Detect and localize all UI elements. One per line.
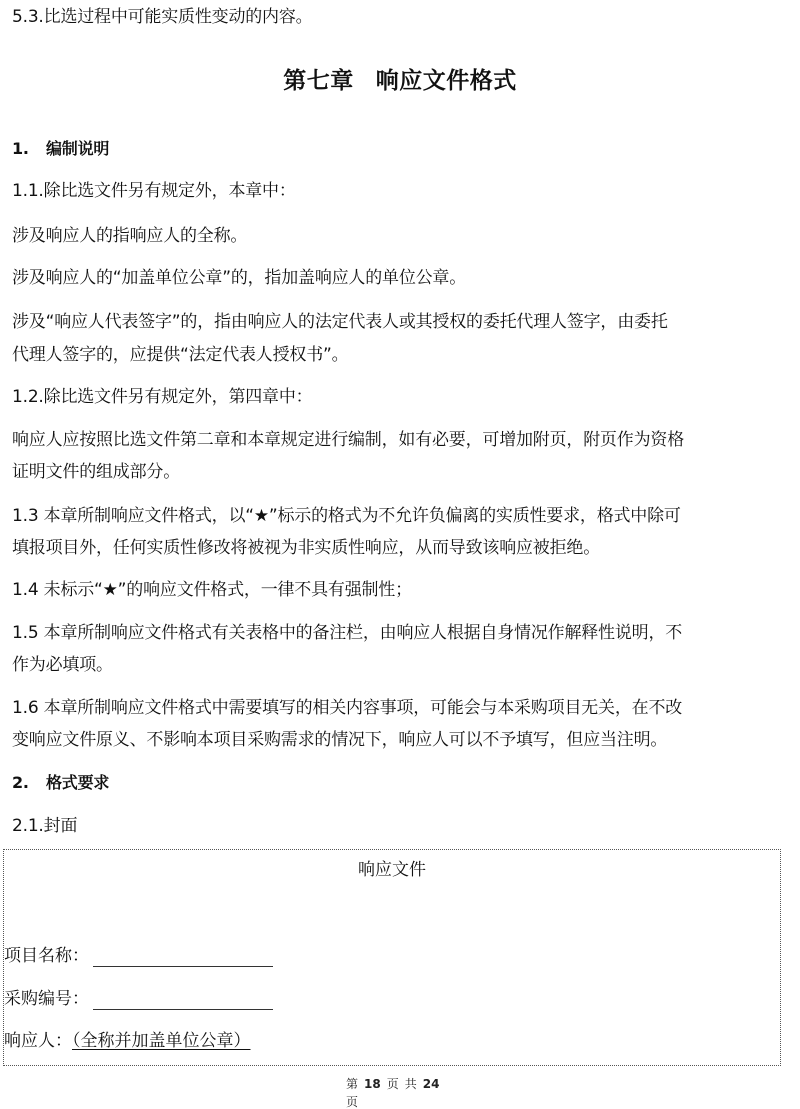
cover-title: 响应文件 xyxy=(4,859,780,881)
page-footer: 第18页共24页 xyxy=(346,1075,466,1109)
paragraph: 1.5 本章所制响应文件格式有关表格中的备注栏，由响应人根据自身情况作解释性说明… xyxy=(12,622,682,644)
section-heading-1: 1.编制说明 xyxy=(12,138,109,160)
section-heading-2: 2.格式要求 xyxy=(12,772,109,794)
paragraph: 涉及响应人的指响应人的全称。 xyxy=(12,225,247,247)
project-name-field: 项目名称： xyxy=(4,945,273,967)
previous-section-line: 5.3.比选过程中可能实质性变动的内容。 xyxy=(12,6,312,28)
paragraph: 1.1.除比选文件另有规定外，本章中： xyxy=(12,180,296,202)
procurement-number-field: 采购编号： xyxy=(4,988,273,1010)
procurement-number-blank xyxy=(93,991,273,1010)
paragraph: 1.6 本章所制响应文件格式中需要填写的相关内容事项，可能会与本采购项目无关，在… xyxy=(12,697,682,719)
paragraph: 1.4 未标示“★”的响应文件格式，一律不具有强制性； xyxy=(12,579,412,601)
paragraph-continued: 证明文件的组成部分。 xyxy=(12,461,180,483)
paragraph-continued: 填报项目外，任何实质性修改将被视为非实质性响应，从而导致该响应被拒绝。 xyxy=(12,537,600,559)
subsection-cover: 2.1.封面 xyxy=(12,815,77,837)
procurement-number-label: 采购编号： xyxy=(4,989,89,1009)
paragraph: 1.3 本章所制响应文件格式，以“★”标示的格式为不允许负偏离的实质性要求，格式… xyxy=(12,505,681,527)
paragraph-continued: 代理人签字的，应提供“法定代表人授权书”。 xyxy=(12,344,348,366)
chapter-title: 第七章响应文件格式 xyxy=(0,66,800,96)
total-pages: 24 xyxy=(423,1077,440,1091)
chapter-number: 第七章 xyxy=(283,68,354,94)
paragraph: 响应人应按照比选文件第二章和本章规定进行编制，如有必要，可增加附页，附页作为资格 xyxy=(12,429,684,451)
current-page: 18 xyxy=(364,1077,381,1091)
project-name-label: 项目名称： xyxy=(4,946,89,966)
respondent-label: 响应人： xyxy=(4,1031,72,1051)
paragraph: 涉及“响应人代表签字”的，指由响应人的法定代表人或其授权的委托代理人签字，由委托 xyxy=(12,311,668,333)
respondent-field: 响应人：（全称并加盖单位公章） xyxy=(4,1030,251,1052)
paragraph: 涉及响应人的“加盖单位公章”的，指加盖响应人的单位公章。 xyxy=(12,267,466,289)
paragraph-continued: 作为必填项。 xyxy=(12,654,113,676)
cover-template-box: 响应文件 项目名称： 采购编号： 响应人：（全称并加盖单位公章） xyxy=(3,849,781,1066)
project-name-blank xyxy=(93,948,273,967)
respondent-value: （全称并加盖单位公章） xyxy=(72,1031,251,1051)
chapter-name: 响应文件格式 xyxy=(376,68,517,94)
paragraph-continued: 变响应文件原义、不影响本项目采购需求的情况下，响应人可以不予填写，但应当注明。 xyxy=(12,729,667,751)
paragraph: 1.2.除比选文件另有规定外，第四章中： xyxy=(12,386,312,408)
